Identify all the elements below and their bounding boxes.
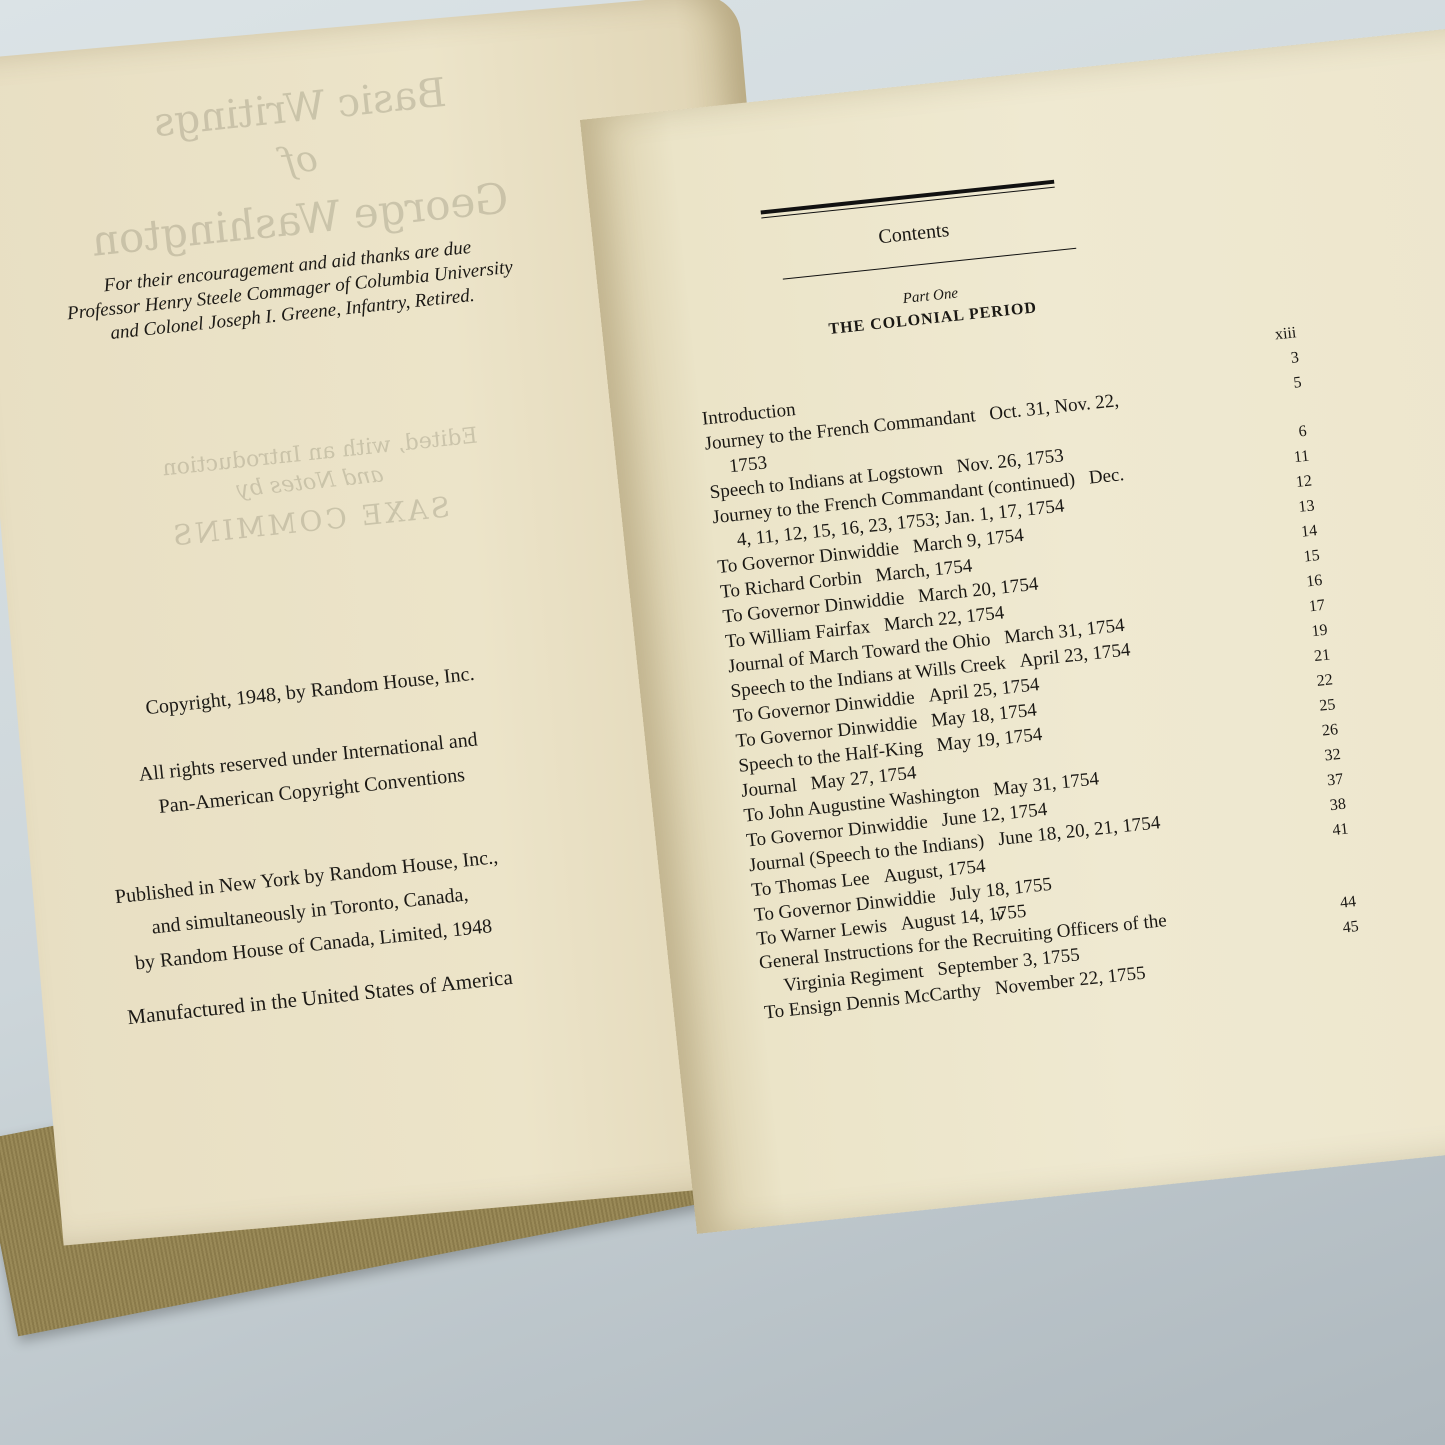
toc-entry-page-number: 25: [1304, 693, 1336, 720]
toc-entry-date: Dec.: [1088, 464, 1125, 489]
toc-entry-page-number: 12: [1281, 469, 1313, 496]
toc-entry-page-number: 3: [1268, 346, 1300, 373]
toc-entry-page-number: 11: [1278, 445, 1310, 472]
toc-entry-title: Journal: [740, 775, 798, 802]
toc-entry-page-number: 16: [1291, 569, 1323, 596]
toc-entry-page-number: [1275, 412, 1305, 415]
toc-entry-page-number: xiii: [1265, 321, 1297, 348]
toc-entries: xiiiIntroduction3Journey to the French C…: [698, 320, 1362, 1025]
toc-entry-page-number: 32: [1310, 743, 1342, 770]
toc-entry-page-number: 22: [1302, 668, 1334, 695]
toc-entry-page-number: [1332, 956, 1362, 959]
toc-entry-page-number: 44: [1325, 890, 1357, 917]
toc-entry-page-number: 41: [1317, 818, 1349, 845]
toc-entry-date: [712, 383, 714, 404]
toc-entry-page-number: 14: [1286, 519, 1318, 546]
open-book-photo: Basic Writings of George Washington Edit…: [0, 0, 1445, 1445]
toc-entry-page-number: [1324, 882, 1354, 885]
toc-entry-page-number: 21: [1299, 643, 1331, 670]
toc-entry-page-number: 13: [1283, 494, 1315, 521]
toc-entry-date: [808, 398, 810, 419]
toc-entry-page-number: 37: [1312, 768, 1344, 795]
toc-entry-date: [1077, 494, 1079, 515]
toc-entry-page-number: 38: [1315, 793, 1347, 820]
toc-entry-page-number: 6: [1276, 420, 1308, 447]
toc-entry-page-number: [1322, 858, 1352, 861]
toc-entry-date: [780, 451, 782, 472]
toc-entry-page-number: 26: [1307, 718, 1339, 745]
toc-entry-page-number: 17: [1294, 594, 1326, 621]
toc-entry-date: [1179, 909, 1181, 930]
toc-entry-page-number: 15: [1289, 544, 1321, 571]
toc-entry-page-number: 45: [1328, 915, 1360, 942]
toc-entry-page-number: 5: [1270, 371, 1302, 398]
toc-entry-page-number: 19: [1296, 619, 1328, 646]
